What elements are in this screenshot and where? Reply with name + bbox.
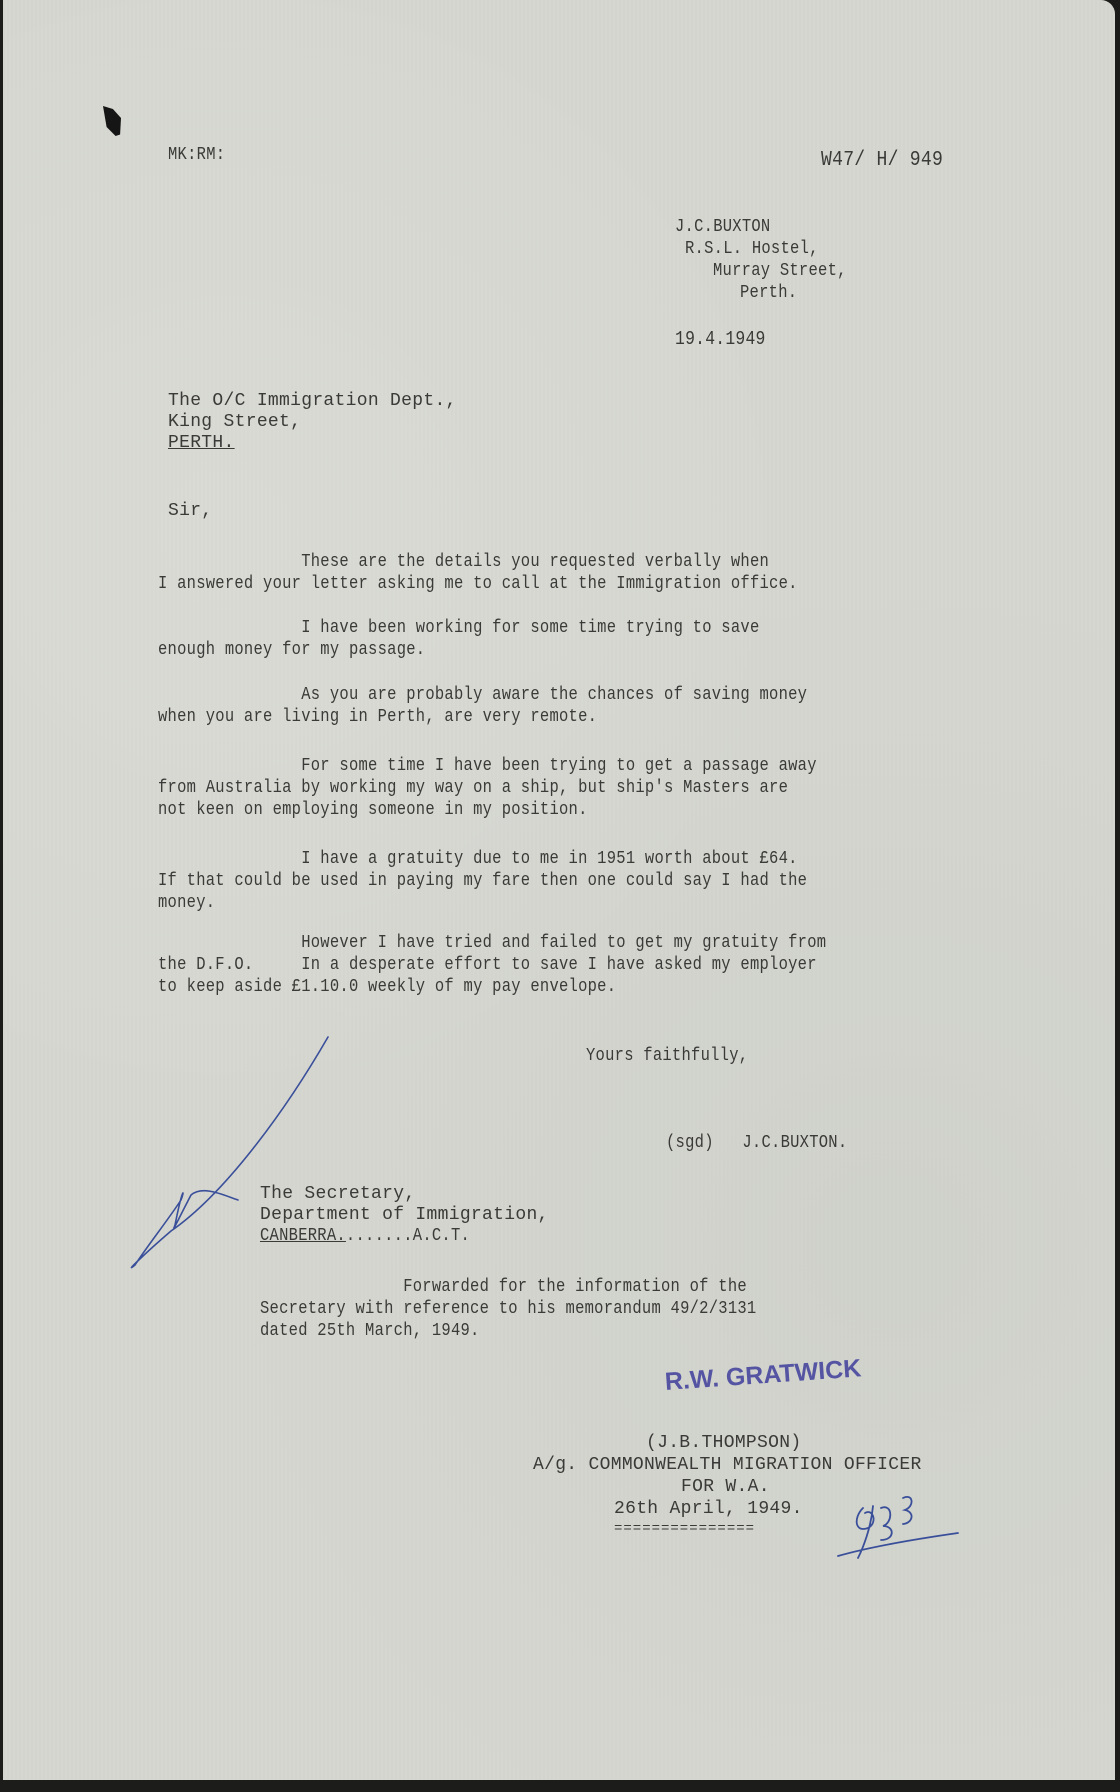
- recipient-line: King Street,: [168, 411, 301, 433]
- paragraph-5-line: money.: [158, 892, 215, 914]
- paragraph-2-line: enough money for my passage.: [158, 639, 425, 661]
- date-rule: ===============: [614, 1518, 755, 1540]
- letter-date: 19.4.1949: [675, 328, 766, 350]
- paragraph-5-line: If that could be used in paying my fare …: [158, 870, 807, 892]
- letter-page: MK:RM: W47/ H/ 949 J.C.BUXTON R.S.L. Hos…: [3, 0, 1115, 1780]
- recipient-city: PERTH.: [168, 432, 235, 454]
- closing: Yours faithfully,: [586, 1045, 748, 1067]
- paragraph-4-line: not keen on employing someone in my posi…: [158, 799, 588, 821]
- forwarding-addressee-line: Department of Immigration,: [260, 1204, 549, 1226]
- paragraph-6-line: to keep aside £1.10.0 weekly of my pay e…: [158, 976, 616, 998]
- forwarding-addressee-line: The Secretary,: [260, 1183, 415, 1205]
- typed-signature: (sgd) J.C.BUXTON.: [666, 1132, 847, 1154]
- paragraph-1-line: I answered your letter asking me to call…: [158, 573, 798, 595]
- paragraph-6-line: the D.F.O. In a desperate effort to save…: [158, 954, 817, 976]
- officer-name: (J.B.THOMPSON): [646, 1432, 801, 1454]
- forwarding-body-line: dated 25th March, 1949.: [260, 1320, 480, 1342]
- officer-region: FOR W.A.: [681, 1476, 770, 1498]
- officer-title: A/g. COMMONWEALTH MIGRATION OFFICER: [533, 1454, 922, 1476]
- paragraph-5-line: I have a gratuity due to me in 1951 wort…: [158, 848, 798, 870]
- forwarding-body-line: Secretary with reference to his memorand…: [260, 1298, 756, 1320]
- paragraph-3-line: As you are probably aware the chances of…: [158, 684, 807, 706]
- sender-name: J.C.BUXTON: [675, 216, 770, 238]
- forwarding-city-suffix: .......A.C.T.: [346, 1226, 470, 1246]
- reference-right: W47/ H/ 949: [821, 150, 943, 172]
- paragraph-4-line: For some time I have been trying to get …: [158, 755, 817, 777]
- forwarding-city: CANBERRA.: [260, 1226, 346, 1246]
- paragraph-3-line: when you are living in Perth, are very r…: [158, 706, 597, 728]
- punch-hole-mark: [103, 106, 121, 136]
- sender-address-line: R.S.L. Hostel,: [685, 238, 819, 260]
- paragraph-6-line: However I have tried and failed to get m…: [158, 932, 826, 954]
- paragraph-1-line: These are the details you requested verb…: [158, 551, 769, 573]
- sender-address-line: Murray Street,: [713, 260, 847, 282]
- salutation: Sir,: [168, 500, 212, 522]
- initials-signature: [833, 1488, 973, 1568]
- forwarding-addressee-city-line: CANBERRA........A.C.T.: [260, 1225, 470, 1247]
- forwarding-body-line: Forwarded for the information of the: [260, 1276, 747, 1298]
- reference-left: MK:RM:: [168, 144, 225, 166]
- recipient-line: The O/C Immigration Dept.,: [168, 390, 457, 412]
- name-stamp: R.W. GRATWICK: [664, 1354, 862, 1397]
- forwarding-date: 26th April, 1949.: [614, 1498, 803, 1520]
- paragraph-4-line: from Australia by working my way on a sh…: [158, 777, 788, 799]
- paragraph-2-line: I have been working for some time trying…: [158, 617, 760, 639]
- sender-address-line: Perth.: [740, 282, 797, 304]
